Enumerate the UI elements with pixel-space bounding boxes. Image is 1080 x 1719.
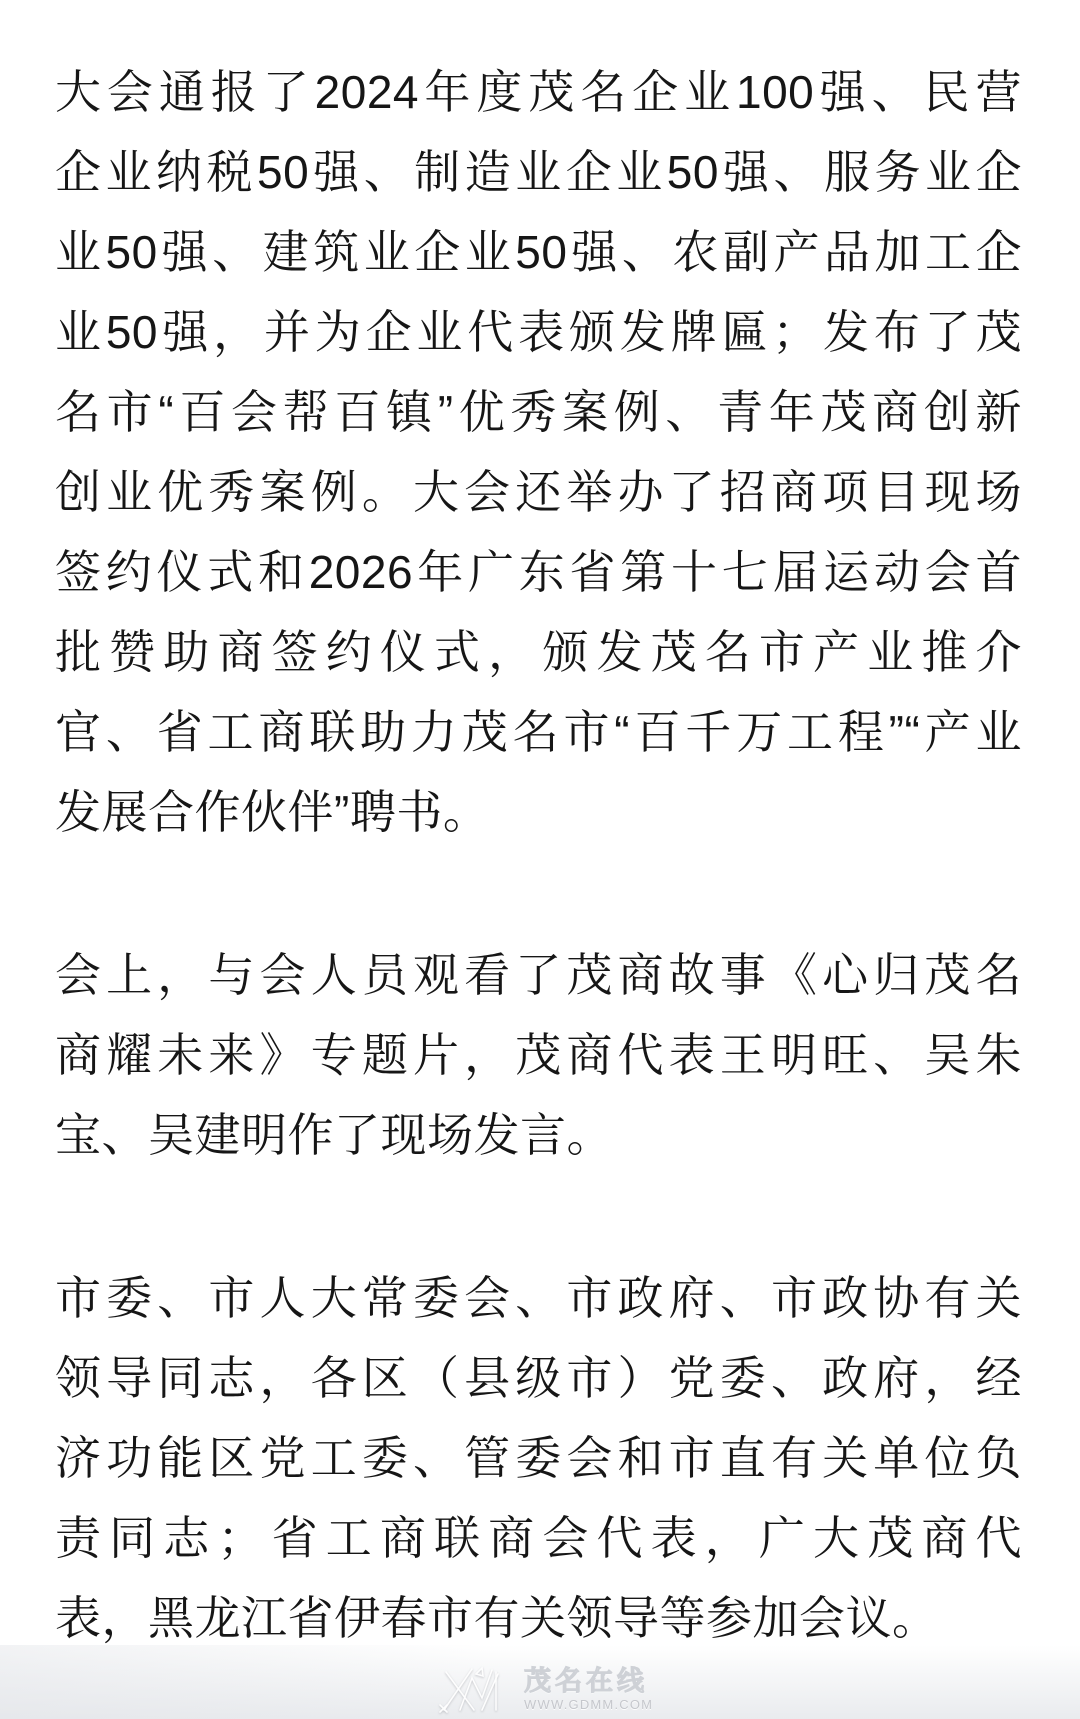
- text-line: 创业优秀案例。大会还举办了招商项目现场: [55, 452, 1022, 532]
- text-line: 业50强、建筑业企业50强、农副产品加工企: [55, 212, 1022, 292]
- text-line: 企业纳税50强、制造业企业50强、服务业企: [55, 132, 1022, 212]
- paragraph: 大会通报了2024年度茂名企业100强、民营 企业纳税50强、制造业企业50强、…: [55, 52, 1022, 852]
- text-line: 名市“百会帮百镇”优秀案例、青年茂商创新: [55, 372, 1022, 452]
- text-line: 会上，与会人员观看了茂商故事《心归茂名: [55, 935, 1022, 1015]
- text-line: 济功能区党工委、管委会和市直有关单位负: [55, 1418, 1022, 1498]
- text-line: 官、省工商联助力茂名市“百千万工程”“产业: [55, 692, 1022, 772]
- text-line: 宝、吴建明作了现场发言。: [55, 1095, 1022, 1175]
- text-line: 表，黑龙江省伊春市有关领导等参加会议。: [55, 1578, 1022, 1658]
- gdmm-logo-icon: [438, 1664, 512, 1714]
- text-line: 业50强，并为企业代表颁发牌匾；发布了茂: [55, 292, 1022, 372]
- paragraph: 市委、市人大常委会、市政府、市政协有关 领导同志，各区（县级市）党委、政府，经 …: [55, 1258, 1022, 1658]
- text-line: 商耀未来》专题片，茂商代表王明旺、吴朱: [55, 1015, 1022, 1095]
- paragraph: 会上，与会人员观看了茂商故事《心归茂名 商耀未来》专题片，茂商代表王明旺、吴朱 …: [55, 935, 1022, 1175]
- text-line: 签约仪式和2026年广东省第十七届运动会首: [55, 532, 1022, 612]
- text-line: 市委、市人大常委会、市政府、市政协有关: [55, 1258, 1022, 1338]
- watermark-site-url: WWW.GDMM.COM: [524, 1698, 653, 1711]
- text-line: 领导同志，各区（县级市）党委、政府，经: [55, 1338, 1022, 1418]
- article-body: 大会通报了2024年度茂名企业100强、民营 企业纳税50强、制造业企业50强、…: [55, 52, 1022, 1658]
- site-watermark: 茂名在线 WWW.GDMM.COM: [438, 1664, 653, 1714]
- watermark-site-name: 茂名在线: [524, 1668, 653, 1695]
- text-line: 责同志；省工商联商会代表，广大茂商代: [55, 1498, 1022, 1578]
- watermark-text: 茂名在线 WWW.GDMM.COM: [524, 1668, 653, 1711]
- text-line: 大会通报了2024年度茂名企业100强、民营: [55, 52, 1022, 132]
- text-line: 发展合作伙伴”聘书。: [55, 772, 1022, 852]
- text-line: 批赞助商签约仪式，颁发茂名市产业推介: [55, 612, 1022, 692]
